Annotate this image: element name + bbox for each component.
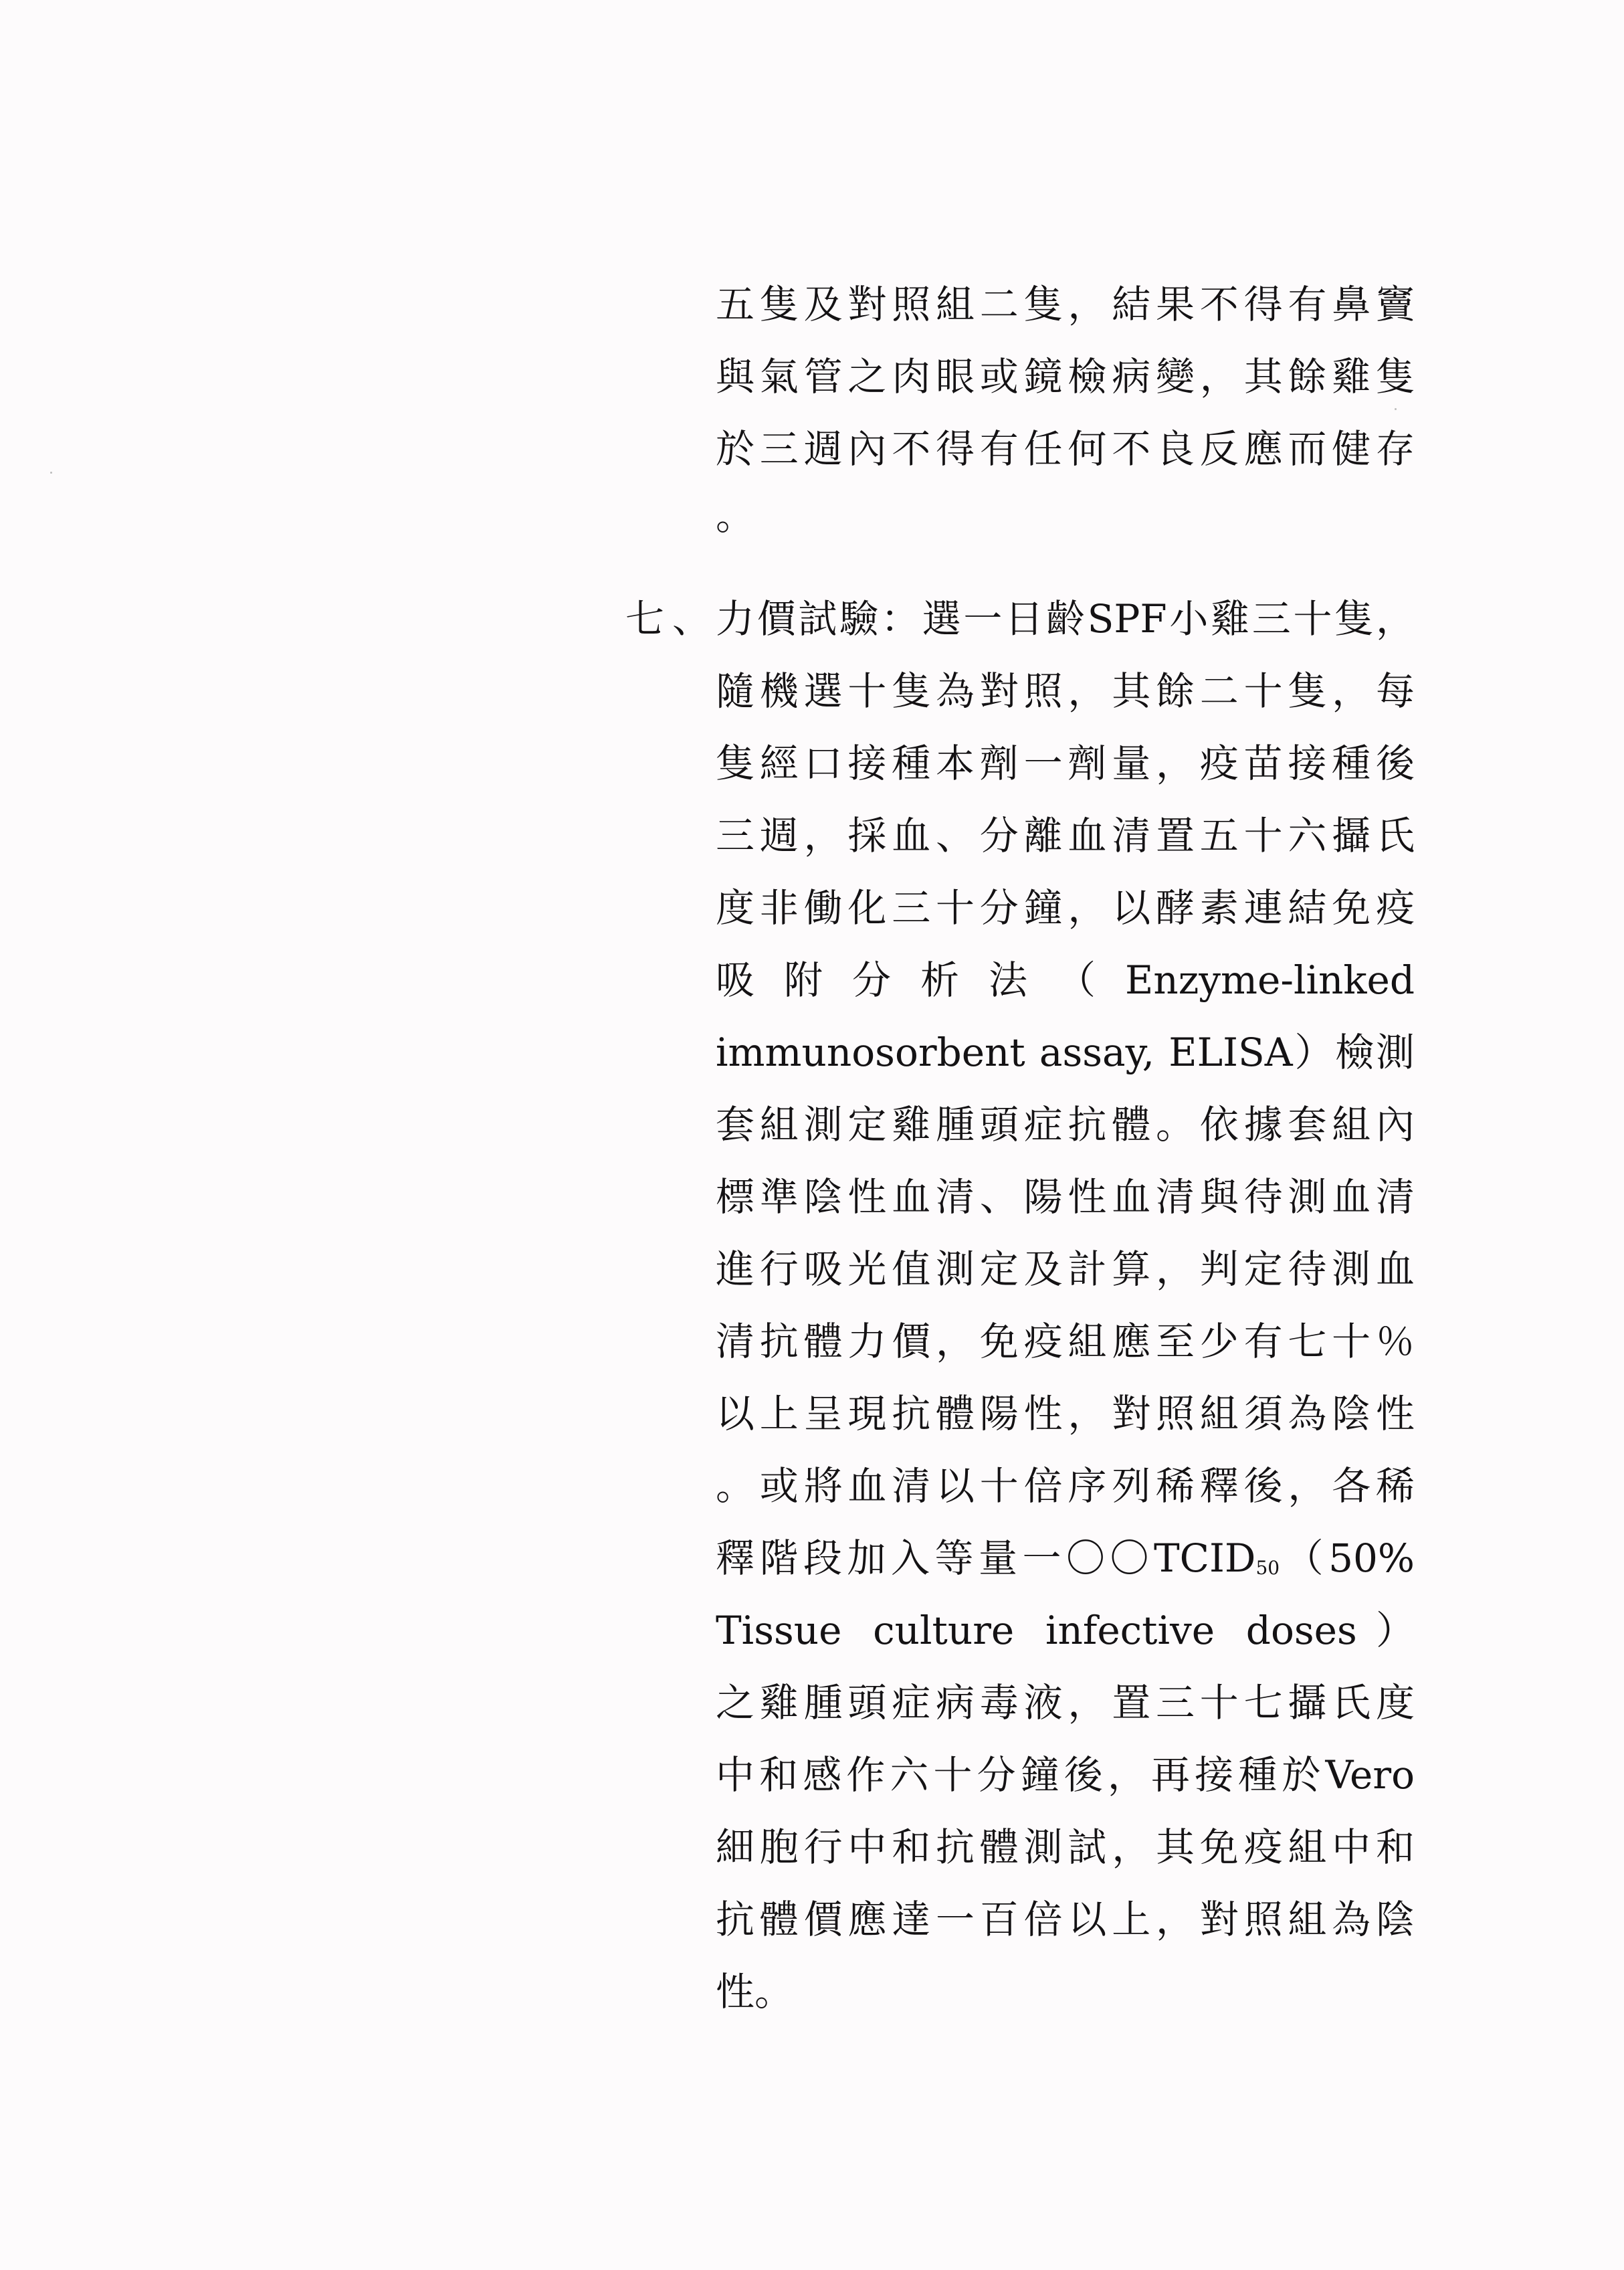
section-7-line-1: 力價試驗：選一日齡SPF小雞三十隻， (716, 592, 1415, 646)
section-7-line-7: immunosorbent assay, ELISA）檢測 (716, 1026, 1415, 1079)
scan-speck (1395, 408, 1397, 410)
continuation-line-3: 於三週內不得有任何不良反應而健存 (716, 422, 1415, 476)
section-7-line-12: 以上呈現抗體陽性，對照組須為陰性 (716, 1387, 1415, 1440)
continuation-line-2: 與氣管之肉眼或鏡檢病變，其餘雞隻 (716, 350, 1415, 403)
continuation-line-1: 五隻及對照組二隻，結果不得有鼻竇 (716, 278, 1415, 331)
section-7-line-10: 進行吸光值測定及計算，判定待測血 (716, 1242, 1415, 1296)
section-7-line-19: 抗體價應達一百倍以上，對照組為陰 (716, 1893, 1415, 1946)
section-7-line-13: 。或將血清以十倍序列稀釋後，各稀 (716, 1459, 1415, 1513)
section-7-line-15: Tissue culture infective doses） (716, 1604, 1415, 1657)
section-marker-7: 七、 (625, 592, 719, 646)
section-7-line-5: 度非働化三十分鐘，以酵素連結免疫 (716, 881, 1415, 935)
section-7-line-20: 性。 (716, 1965, 1415, 2018)
section-7-line-14: 釋階段加入等量一〇〇TCID50（50% (716, 1531, 1415, 1585)
section-7-line-8: 套組測定雞腫頭症抗體。依據套組內 (716, 1098, 1415, 1151)
section-7-line-2: 隨機選十隻為對照，其餘二十隻，每 (716, 664, 1415, 718)
section-7-line-6: 吸 附 分 析 法 （ Enzyme-linked (716, 953, 1415, 1007)
scan-speck (776, 1833, 778, 1835)
section-7-line-17: 中和感作六十分鐘後，再接種於Vero (716, 1748, 1415, 1802)
section-7-line-3: 隻經口接種本劑一劑量，疫苗接種後 (716, 737, 1415, 790)
scan-speck (50, 472, 52, 474)
tcid-subscript: 50 (1255, 1557, 1280, 1579)
continuation-line-4: 。 (716, 489, 1415, 543)
section-7-line-9: 標準陰性血清、陽性血清與待測血清 (716, 1170, 1415, 1224)
document-page: 五隻及對照組二隻，結果不得有鼻竇 與氣管之肉眼或鏡檢病變，其餘雞隻 於三週內不得… (0, 0, 1624, 2270)
tcid-suffix: （50% (1280, 1535, 1415, 1581)
section-7-line-18: 細胞行中和抗體測試，其免疫組中和 (716, 1820, 1415, 1874)
tcid-text: 釋階段加入等量一〇〇TCID (716, 1535, 1255, 1581)
section-7-line-4: 三週，採血、分離血清置五十六攝氏 (716, 809, 1415, 862)
section-7-line-11: 清抗體力價，免疫組應至少有七十％ (716, 1315, 1415, 1368)
section-7-line-16: 之雞腫頭症病毒液，置三十七攝氏度 (716, 1676, 1415, 1729)
